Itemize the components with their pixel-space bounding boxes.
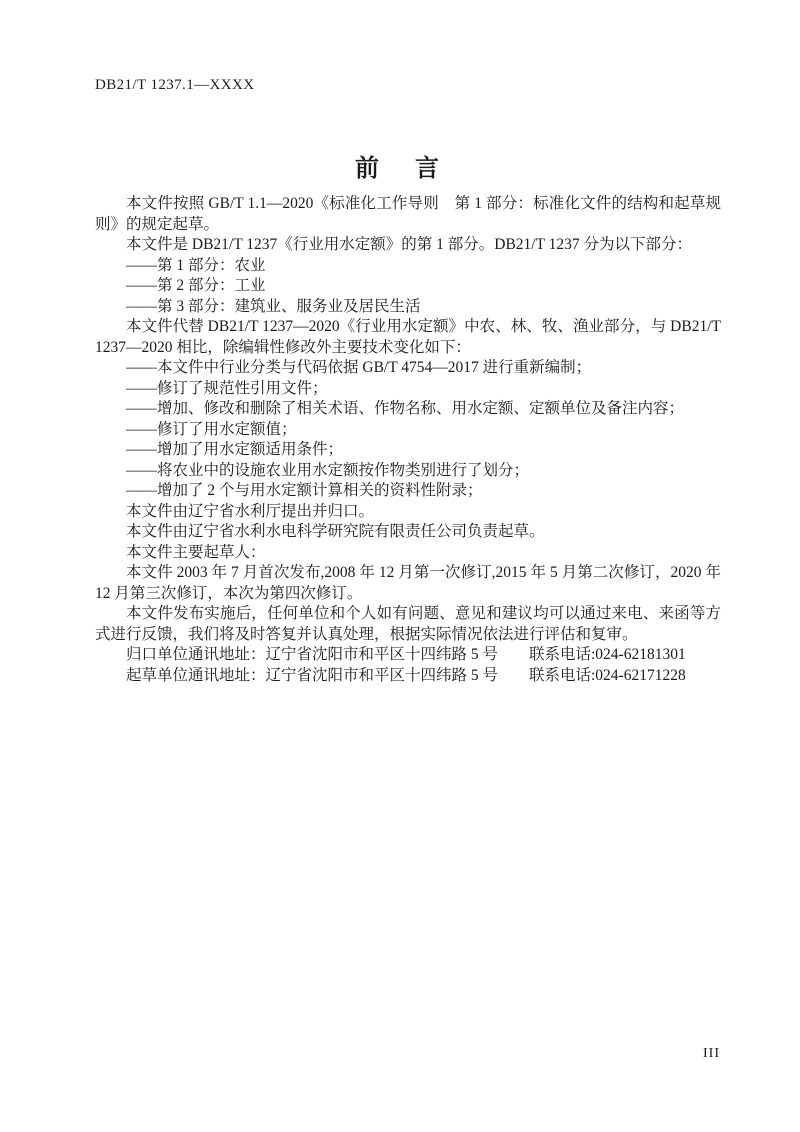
paragraph: ——修订了用水定额值； — [95, 420, 721, 441]
paragraph: ——增加了用水定额适用条件； — [95, 440, 721, 461]
paragraph: 本文件按照 GB/T 1.1—2020《标准化工作导则 第 1 部分：标准化文件… — [95, 194, 721, 235]
paragraph: ——本文件中行业分类与代码依据 GB/T 4754—2017 进行重新编制； — [95, 358, 721, 379]
document-body: 本文件按照 GB/T 1.1—2020《标准化工作导则 第 1 部分：标准化文件… — [95, 194, 721, 686]
paragraph: 本文件 2003 年 7 月首次发布,2008 年 12 月第一次修订,2015… — [95, 563, 721, 604]
paragraph: 归口单位通讯地址：辽宁省沈阳市和平区十四纬路 5 号 联系电话:024-6218… — [95, 645, 721, 666]
paragraph: ——修订了规范性引用文件； — [95, 379, 721, 400]
paragraph: ——增加了 2 个与用水定额计算相关的资料性附录； — [95, 481, 721, 502]
paragraph: 本文件是 DB21/T 1237《行业用水定额》的第 1 部分。DB21/T 1… — [95, 235, 721, 256]
document-number: DB21/T 1237.1—XXXX — [95, 77, 254, 94]
paragraph: ——将农业中的设施农业用水定额按作物类别进行了划分； — [95, 461, 721, 482]
document-page: DB21/T 1237.1—XXXX 前 言 本文件按照 GB/T 1.1—20… — [0, 0, 800, 1132]
paragraph: 起草单位通讯地址：辽宁省沈阳市和平区十四纬路 5 号 联系电话:024-6217… — [95, 666, 721, 687]
page-title: 前 言 — [0, 148, 800, 183]
paragraph: 本文件由辽宁省水利水电科学研究院有限责任公司负责起草。 — [95, 522, 721, 543]
paragraph: 本文件主要起草人： — [95, 543, 721, 564]
paragraph: 本文件代替 DB21/T 1237—2020《行业用水定额》中农、林、牧、渔业部… — [95, 317, 721, 358]
paragraph: ——增加、修改和删除了相关术语、作物名称、用水定额、定额单位及备注内容； — [95, 399, 721, 420]
page-number: III — [703, 1046, 720, 1062]
paragraph: ——第 2 部分：工业 — [95, 276, 721, 297]
paragraph: 本文件发布实施后，任何单位和个人如有问题、意见和建议均可以通过来电、来函等方式进… — [95, 604, 721, 645]
paragraph: ——第 1 部分：农业 — [95, 256, 721, 277]
paragraph: ——第 3 部分：建筑业、服务业及居民生活 — [95, 297, 721, 318]
paragraph: 本文件由辽宁省水利厅提出并归口。 — [95, 502, 721, 523]
